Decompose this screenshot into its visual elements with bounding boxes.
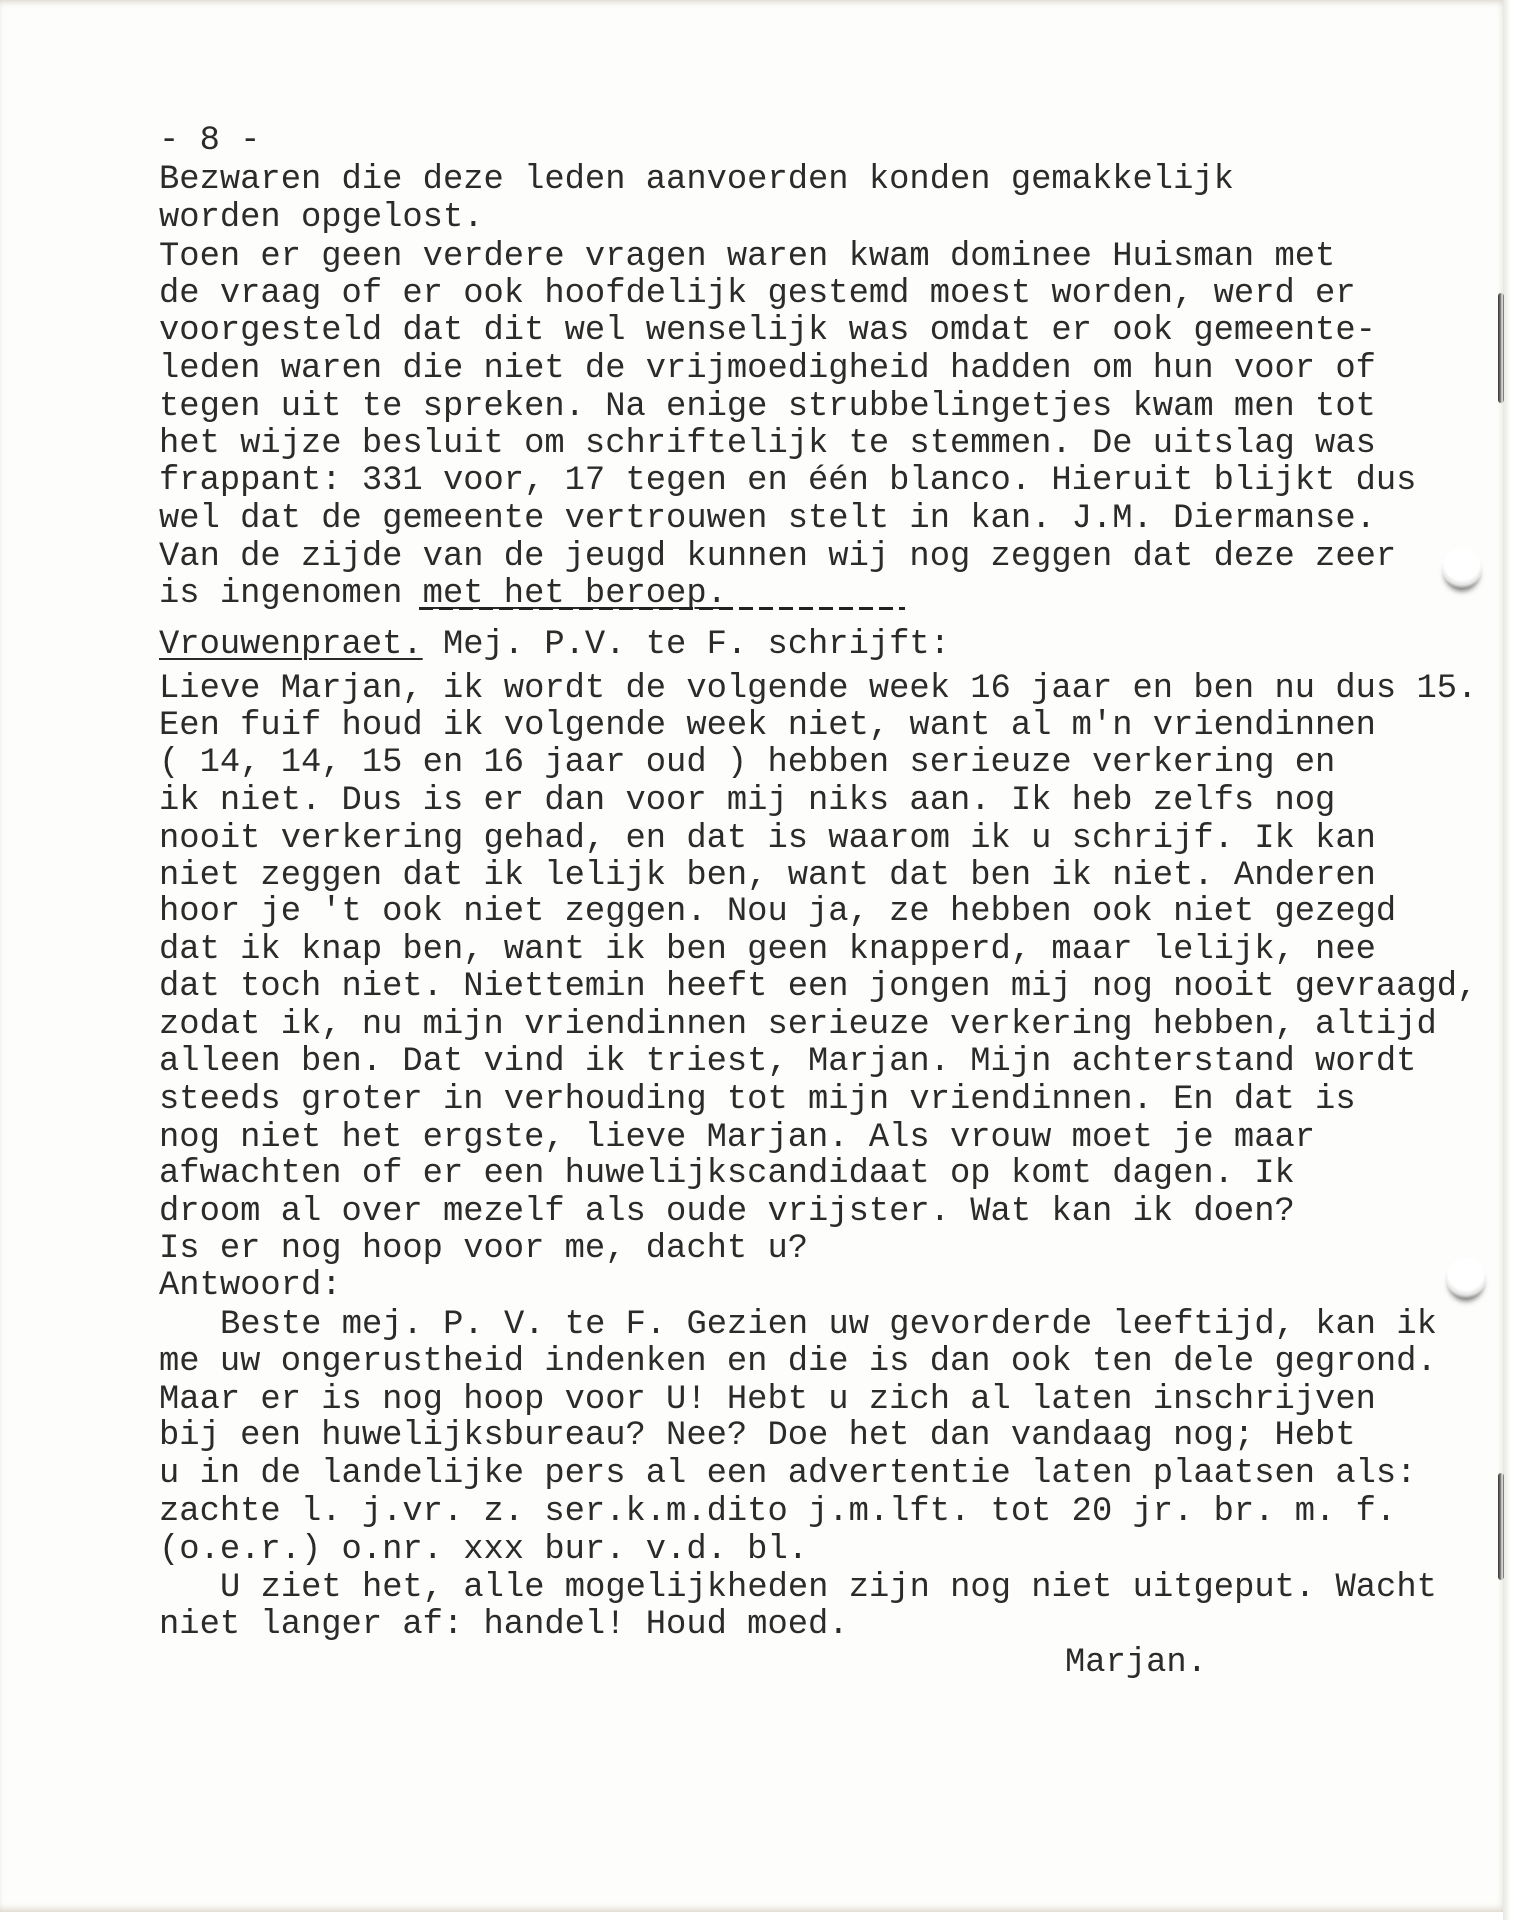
- text-line: frappant: 331 voor, 17 tegen en één blan…: [159, 462, 1416, 500]
- punch-hole-top: [1442, 548, 1482, 588]
- dashed-separator: [419, 607, 905, 610]
- text-line: tegen uit te spreken. Na enige strubbeli…: [159, 388, 1376, 426]
- page-number: - 8 -: [159, 122, 260, 160]
- answer-line: U ziet het, alle mogelijkheden zijn nog …: [220, 1569, 1437, 1607]
- letter-line: ( 14, 14, 15 en 16 jaar oud ) hebben ser…: [159, 744, 1335, 782]
- binder-slot-top: [1498, 293, 1504, 403]
- text-line: worden opgelost.: [159, 199, 484, 237]
- letter-line: ik niet. Dus is er dan voor mij niks aan…: [159, 782, 1335, 820]
- letter-line: alleen ben. Dat vind ik triest, Marjan. …: [159, 1043, 1416, 1081]
- text-fragment: is ingenomen: [159, 575, 423, 613]
- binder-slot-bottom: [1498, 1473, 1504, 1580]
- text-line: voorgesteld dat dit wel wenselijk was om…: [159, 312, 1376, 350]
- answer-line: (o.e.r.) o.nr. xxx bur. v.d. bl.: [159, 1531, 808, 1569]
- signature: Marjan.: [1065, 1644, 1207, 1682]
- letter-line: niet zeggen dat ik lelijk ben, want dat …: [159, 857, 1376, 895]
- letter-line: Is er nog hoop voor me, dacht u?: [159, 1230, 808, 1268]
- text-line: het wijze besluit om schriftelijk te ste…: [159, 425, 1376, 463]
- answer-line: me uw ongerustheid indenken en die is da…: [159, 1343, 1437, 1381]
- letter-line: zodat ik, nu mijn vriendinnen serieuze v…: [159, 1006, 1437, 1044]
- punch-hole-bottom: [1446, 1258, 1486, 1298]
- letter-line: hoor je 't ook niet zeggen. Nou ja, ze h…: [159, 893, 1396, 931]
- answer-line: niet langer af: handel! Houd moed.: [159, 1606, 849, 1644]
- text-line: Bezwaren die deze leden aanvoerden konde…: [159, 161, 1234, 199]
- text-line: wel dat de gemeente vertrouwen stelt in …: [159, 500, 1376, 538]
- letter-line: dat ik knap ben, want ik ben geen knappe…: [159, 931, 1376, 969]
- text-line: de vraag of er ook hoofdelijk gestemd mo…: [159, 275, 1356, 313]
- answer-line: zachte l. j.vr. z. ser.k.m.dito j.m.lft.…: [159, 1493, 1396, 1531]
- section-heading: Vrouwenpraet.: [159, 626, 423, 664]
- letter-line: Lieve Marjan, ik wordt de volgende week …: [159, 670, 1477, 708]
- letter-line: nog niet het ergste, lieve Marjan. Als v…: [159, 1119, 1315, 1157]
- letter-line: dat toch niet. Niettemin heeft een jonge…: [159, 968, 1477, 1006]
- text-line: Toen er geen verdere vragen waren kwam d…: [159, 238, 1335, 276]
- answer-line: bij een huwelijksbureau? Nee? Doe het da…: [159, 1417, 1356, 1455]
- answer-line: u in de landelijke pers al een advertent…: [159, 1455, 1416, 1493]
- answer-label: Antwoord:: [159, 1267, 342, 1305]
- answer-line: Beste mej. P. V. te F. Gezien uw gevorde…: [220, 1306, 1437, 1344]
- section-heading-rest: Mej. P.V. te F. schrijft:: [423, 626, 950, 664]
- section-heading-line: Vrouwenpraet. Mej. P.V. te F. schrijft:: [159, 626, 950, 664]
- page-edge: [1503, 0, 1516, 1920]
- letter-line: afwachten of er een huwelijkscandidaat o…: [159, 1155, 1295, 1193]
- answer-line: Maar er is nog hoop voor U! Hebt u zich …: [159, 1381, 1376, 1419]
- text-line: leden waren die niet de vrijmoedigheid h…: [159, 350, 1376, 388]
- text-line: Van de zijde van de jeugd kunnen wij nog…: [159, 538, 1396, 576]
- letter-line: droom al over mezelf als oude vrijster. …: [159, 1193, 1295, 1231]
- letter-line: nooit verkering gehad, en dat is waarom …: [159, 820, 1376, 858]
- letter-line: steeds groter in verhouding tot mijn vri…: [159, 1081, 1356, 1119]
- letter-line: Een fuif houd ik volgende week niet, wan…: [159, 707, 1376, 745]
